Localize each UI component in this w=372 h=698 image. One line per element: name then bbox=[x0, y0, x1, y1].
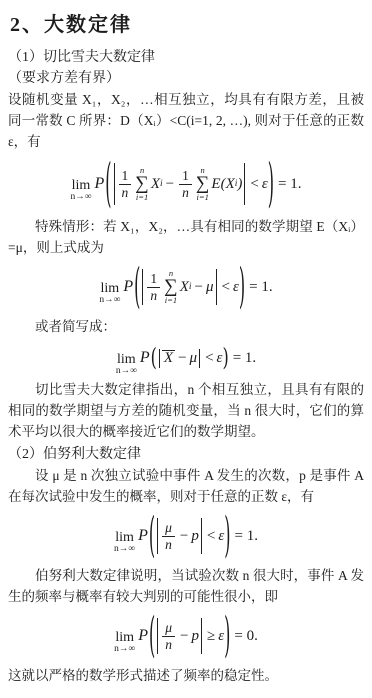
fraction-numerator: 1 bbox=[179, 168, 192, 185]
lim-subscript: n→∞ bbox=[114, 645, 135, 655]
close-paren-small: ) bbox=[237, 176, 242, 193]
formula-bernoulli-complement: lim n→∞ P ( μ n − p ≥ ε ) = 0. bbox=[8, 610, 364, 662]
greater-equal-operator: ≥ bbox=[207, 628, 215, 645]
section-1-paragraph-4: 切比雪夫大数定律指出，n 个相互独立，且具有有限的相同的数学期望与方差的随机变量… bbox=[8, 379, 364, 442]
fraction-1-over-n: 1 n bbox=[119, 168, 132, 200]
abs-bar-left bbox=[157, 618, 158, 654]
summation-symbol: n ∑ i=1 bbox=[196, 166, 210, 203]
expectation-term: E(X bbox=[211, 176, 234, 193]
minus-operator: − bbox=[166, 176, 174, 193]
section-1-paragraph-2: 特殊情形：若 X₁，X₂，…具有相同的数学期望 E（Xᵢ）=μ，则上式成为 bbox=[8, 216, 364, 258]
minus-operator: − bbox=[180, 628, 188, 645]
abs-bar-right bbox=[201, 518, 202, 554]
section-1-heading: （1）切比雪夫大数定律 bbox=[8, 47, 364, 68]
probability-symbol: P bbox=[123, 278, 133, 296]
right-paren: ) bbox=[222, 346, 228, 370]
limit-operator: lim n→∞ bbox=[116, 352, 137, 377]
fraction-denominator: n bbox=[122, 185, 129, 201]
fraction-mu-over-n: μ n bbox=[162, 520, 175, 552]
section-2-heading: （2）伯努利大数定律 bbox=[8, 444, 364, 465]
limit-operator: lim n→∞ bbox=[70, 178, 91, 203]
right-paren: ) bbox=[239, 263, 245, 311]
lim-text: lim bbox=[72, 178, 91, 193]
less-than-operator: < bbox=[207, 528, 215, 545]
summation-symbol: n ∑ i=1 bbox=[135, 166, 149, 203]
fraction-denominator: n bbox=[165, 537, 172, 553]
fraction-numerator: 1 bbox=[147, 271, 160, 288]
abs-bar-right bbox=[244, 163, 245, 205]
section-2-paragraph-3: 这就以严格的数学形式描述了频率的稳定性。 bbox=[8, 665, 364, 686]
section-1-paragraph-3: 或者简写成： bbox=[8, 316, 364, 337]
left-paren: ( bbox=[105, 158, 111, 211]
sum-lower: i=1 bbox=[136, 193, 148, 202]
document-page: 2、大数定律 （1）切比雪夫大数定律 （要求方差有界） 设随机变量 X₁，X₂，… bbox=[0, 0, 372, 686]
probability-symbol: P bbox=[140, 349, 150, 367]
lim-text: lim bbox=[101, 281, 120, 296]
fraction-numerator: μ bbox=[162, 620, 175, 637]
variable-X: X bbox=[151, 176, 160, 193]
probability-symbol: P bbox=[138, 627, 148, 645]
abs-bar-left bbox=[159, 349, 160, 368]
less-than-operator: < bbox=[205, 350, 213, 367]
limit-operator: lim n→∞ bbox=[99, 281, 120, 306]
sum-lower: i=1 bbox=[165, 296, 177, 305]
formula-chebyshev-short: lim n→∞ P ( X − μ < ε ) = 1. bbox=[8, 340, 364, 376]
left-paren: ( bbox=[149, 512, 155, 560]
limit-operator: lim n→∞ bbox=[114, 630, 135, 655]
formula-chebyshev-general: lim n→∞ P ( 1 n n ∑ i=1 Xi − 1 n n ∑ i=1… bbox=[8, 155, 364, 213]
abs-bar-right bbox=[199, 349, 200, 368]
abs-bar-left bbox=[157, 518, 158, 554]
formula-chebyshev-special: lim n→∞ P ( 1 n n ∑ i=1 Xi − μ < ε ) = 1… bbox=[8, 261, 364, 313]
sigma-glyph: ∑ bbox=[164, 278, 178, 296]
x-bar-symbol: X bbox=[162, 350, 175, 367]
lim-subscript: n→∞ bbox=[114, 545, 135, 555]
minus-operator: − bbox=[195, 279, 203, 296]
fraction-denominator: n bbox=[165, 637, 172, 653]
fraction-numerator: 1 bbox=[119, 168, 132, 185]
sigma-glyph: ∑ bbox=[135, 175, 149, 193]
left-paren: ( bbox=[149, 612, 155, 660]
formula-bernoulli-convergence: lim n→∞ P ( μ n − p < ε ) = 1. bbox=[8, 510, 364, 562]
equals-one: = 1. bbox=[234, 528, 257, 545]
lim-text: lim bbox=[117, 352, 136, 367]
page-title: 2、大数定律 bbox=[10, 8, 364, 37]
probability-symbol: P bbox=[138, 527, 148, 545]
abs-bar-left bbox=[114, 163, 115, 205]
fraction-numerator: μ bbox=[162, 520, 175, 537]
right-paren: ) bbox=[268, 158, 274, 211]
minus-operator: − bbox=[180, 528, 188, 545]
section-1-paragraph-1: 设随机变量 X₁，X₂，…相互独立，均具有有限方差，且被同一常数 C 所界：D（… bbox=[8, 89, 364, 152]
fraction-denominator: n bbox=[182, 185, 189, 201]
section-2-paragraph-2: 伯努利大数定律说明，当试验次数 n 很大时，事件 A 发生的频率与概率有较大判别… bbox=[8, 565, 364, 607]
equals-one: = 1. bbox=[278, 176, 301, 193]
variable-p: p bbox=[191, 628, 199, 645]
section-1-note: （要求方差有界） bbox=[8, 68, 364, 89]
subscript-i: i bbox=[160, 179, 163, 189]
less-than-operator: < bbox=[222, 279, 230, 296]
equals-one: = 1. bbox=[233, 350, 256, 367]
lim-subscript: n→∞ bbox=[99, 296, 120, 306]
summation-symbol: n ∑ i=1 bbox=[164, 269, 178, 306]
left-paren: ( bbox=[151, 346, 157, 370]
equals-zero: = 0. bbox=[234, 628, 257, 645]
lim-text: lim bbox=[115, 530, 134, 545]
fraction-denominator: n bbox=[150, 288, 157, 304]
fraction-1-over-n: 1 n bbox=[147, 271, 160, 303]
sum-lower: i=1 bbox=[196, 193, 208, 202]
fraction-1-over-n: 1 n bbox=[179, 168, 192, 200]
mu-symbol: μ bbox=[206, 279, 214, 296]
abs-bar-left bbox=[142, 269, 143, 305]
mu-symbol: μ bbox=[190, 350, 198, 367]
right-paren: ) bbox=[224, 512, 230, 560]
abs-bar-right bbox=[201, 618, 202, 654]
probability-symbol: P bbox=[95, 175, 105, 193]
abs-bar-right bbox=[216, 269, 217, 305]
right-paren: ) bbox=[224, 612, 230, 660]
equals-one: = 1. bbox=[249, 279, 272, 296]
limit-operator: lim n→∞ bbox=[114, 530, 135, 555]
variable-p: p bbox=[191, 528, 199, 545]
subscript-i: i bbox=[189, 282, 192, 292]
lim-subscript: n→∞ bbox=[70, 193, 91, 203]
lim-subscript: n→∞ bbox=[116, 367, 137, 377]
section-2-paragraph-1: 设 μ 是 n 次独立试验中事件 A 发生的次数，p 是事件 A 在每次试验中发… bbox=[8, 465, 364, 507]
variable-X: X bbox=[180, 279, 189, 296]
less-than-operator: < bbox=[250, 176, 258, 193]
left-paren: ( bbox=[134, 263, 140, 311]
lim-text: lim bbox=[115, 630, 134, 645]
fraction-mu-over-n: μ n bbox=[162, 620, 175, 652]
minus-operator: − bbox=[178, 350, 186, 367]
sigma-glyph: ∑ bbox=[196, 175, 210, 193]
